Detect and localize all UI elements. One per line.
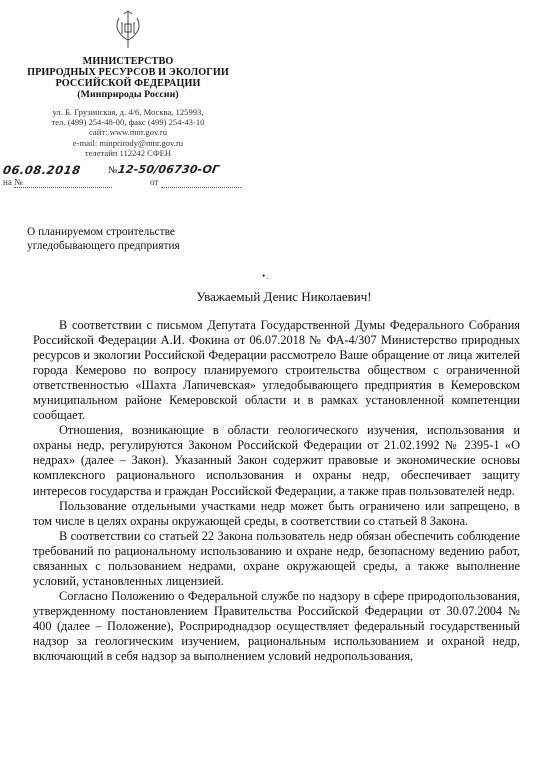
number-sign: № (108, 165, 118, 176)
reply-date-blank (161, 187, 241, 188)
body-paragraph: В соответствии со статьей 22 Закона поль… (33, 529, 520, 589)
email-line: e-mail: minprirody@mnr.gov.ru (14, 138, 242, 148)
reply-to-number-label: на № (3, 177, 23, 187)
body-paragraph: Пользование отдельными участками недр мо… (33, 499, 520, 529)
salutation: Уважаемый Денис Николаевич! (0, 289, 543, 305)
ministry-line: ПРИРОДНЫХ РЕСУРСОВ И ЭКОЛОГИИ (14, 67, 242, 78)
ministry-line: МИНИСТЕРСТВО (14, 56, 242, 67)
handwritten-outgoing-number: 12-50/06730-ОГ (117, 163, 220, 176)
letter-subject: О планируемом строительстве угледобывающ… (27, 226, 180, 253)
address-line: ул. Б. Грузинская, д. 4/6, Москва, 12599… (14, 107, 242, 117)
ministry-line: РОССИЙСКОЙ ФЕДЕРАЦИИ (14, 78, 242, 89)
body-paragraph: Согласно Положению о Федеральной службе … (33, 589, 520, 664)
phone-fax-line: тел. (499) 254-48-00, факс (499) 254-43-… (14, 117, 242, 127)
body-paragraph: В соответствии с письмом Депутата Госуда… (33, 318, 520, 423)
ministry-name: МИНИСТЕРСТВО ПРИРОДНЫХ РЕСУРСОВ И ЭКОЛОГ… (14, 56, 242, 100)
registration-line: 06.08.2018 № 12-50/06730-ОГ на № от (0, 163, 260, 193)
subject-line: О планируемом строительстве (27, 226, 180, 240)
subject-line: угледобывающего предприятия (27, 240, 180, 254)
coat-of-arms-icon (111, 8, 145, 52)
stray-pen-mark: •ˎ (260, 269, 269, 281)
body-paragraph: Отношения, возникающие в области геологи… (33, 423, 520, 498)
letter-page: МИНИСТЕРСТВО ПРИРОДНЫХ РЕСУРСОВ И ЭКОЛОГ… (0, 0, 543, 771)
ministry-short-name: (Минприроды России) (14, 89, 242, 100)
letter-body: В соответствии с письмом Депутата Госуда… (33, 318, 520, 664)
reply-number-blank (14, 187, 112, 188)
handwritten-date: 06.08.2018 (2, 163, 82, 177)
ministry-address: ул. Б. Грузинская, д. 4/6, Москва, 12599… (14, 107, 242, 158)
website-line: сайт: www.mnr.gov.ru (14, 127, 242, 137)
reply-date-label: от (150, 177, 158, 187)
teletype-line: телетайп 112242 СФЕН (14, 148, 242, 158)
